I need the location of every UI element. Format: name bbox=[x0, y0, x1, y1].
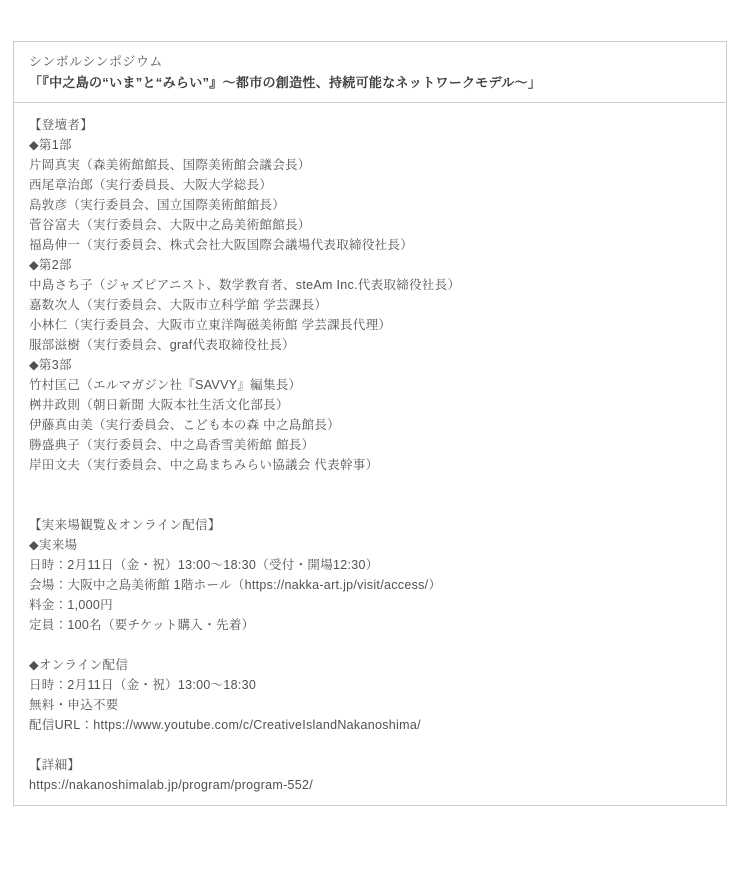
body-line: ◆第2部 bbox=[29, 255, 711, 275]
event-title: シンボルシンポジウム bbox=[29, 51, 711, 72]
body-line: 配信URL：https://www.youtube.com/c/Creative… bbox=[29, 715, 711, 735]
body-line: 岸田文夫（実行委員会、中之島まちみらい協議会 代表幹事） bbox=[29, 455, 711, 475]
body-line: 【登壇者】 bbox=[29, 115, 711, 135]
body-line: 日時：2月11日（金・祝）13:00〜18:30（受付・開場12:30） bbox=[29, 555, 711, 575]
body-line: 日時：2月11日（金・祝）13:00〜18:30 bbox=[29, 675, 711, 695]
body-line: 西尾章治郎（実行委員長、大阪大学総長） bbox=[29, 175, 711, 195]
body-line: 菅谷富夫（実行委員会、大阪中之島美術館館長） bbox=[29, 215, 711, 235]
body-line: 会場：大阪中之島美術館 1階ホール（https://nakka-art.jp/v… bbox=[29, 575, 711, 595]
body-line: 勝盛典子（実行委員会、中之島香雪美術館 館長） bbox=[29, 435, 711, 455]
body-line: 伊藤真由美（実行委員会、こども本の森 中之島館長） bbox=[29, 415, 711, 435]
body-line: 桝井政則（朝日新聞 大阪本社生活文化部長） bbox=[29, 395, 711, 415]
card-body: 【登壇者】◆第1部片岡真実（森美術館館長、国際美術館会議会長）西尾章治郎（実行委… bbox=[14, 103, 726, 805]
body-line: 嘉数次人（実行委員会、大阪市立科学館 学芸課長） bbox=[29, 295, 711, 315]
body-line: 福島伸一（実行委員会、株式会社大阪国際会議場代表取締役社長） bbox=[29, 235, 711, 255]
body-line: 中島さち子（ジャズピアニスト、数学教育者、steAm Inc.代表取締役社長） bbox=[29, 275, 711, 295]
body-line: 片岡真実（森美術館館長、国際美術館会議会長） bbox=[29, 155, 711, 175]
body-line: 無料・申込不要 bbox=[29, 695, 711, 715]
body-line: ◆第1部 bbox=[29, 135, 711, 155]
body-line: https://nakanoshimalab.jp/program/progra… bbox=[29, 775, 711, 795]
body-line: 【詳細】 bbox=[29, 755, 711, 775]
body-line: 服部滋樹（実行委員会、graf代表取締役社長） bbox=[29, 335, 711, 355]
body-line: 【実来場観覧＆オンライン配信】 bbox=[29, 515, 711, 535]
event-subtitle: 「『中之島の“いま”と“みらい”』〜都市の創造性、持続可能なネットワークモデル〜… bbox=[29, 72, 711, 93]
body-line: ◆オンライン配信 bbox=[29, 655, 711, 675]
body-line: 竹村匡己（エルマガジン社『SAVVY』編集長） bbox=[29, 375, 711, 395]
body-line: 島敦彦（実行委員会、国立国際美術館館長） bbox=[29, 195, 711, 215]
blank-line bbox=[29, 475, 711, 495]
blank-line bbox=[29, 495, 711, 515]
blank-line bbox=[29, 635, 711, 655]
body-line: 小林仁（実行委員会、大阪市立東洋陶磁美術館 学芸課長代理） bbox=[29, 315, 711, 335]
press-release-card: シンボルシンポジウム 「『中之島の“いま”と“みらい”』〜都市の創造性、持続可能… bbox=[13, 41, 727, 806]
card-header: シンボルシンポジウム 「『中之島の“いま”と“みらい”』〜都市の創造性、持続可能… bbox=[14, 42, 726, 103]
body-line: ◆実来場 bbox=[29, 535, 711, 555]
body-line: ◆第3部 bbox=[29, 355, 711, 375]
blank-line bbox=[29, 735, 711, 755]
body-line: 料金：1,000円 bbox=[29, 595, 711, 615]
body-line: 定員：100名（要チケット購入・先着） bbox=[29, 615, 711, 635]
